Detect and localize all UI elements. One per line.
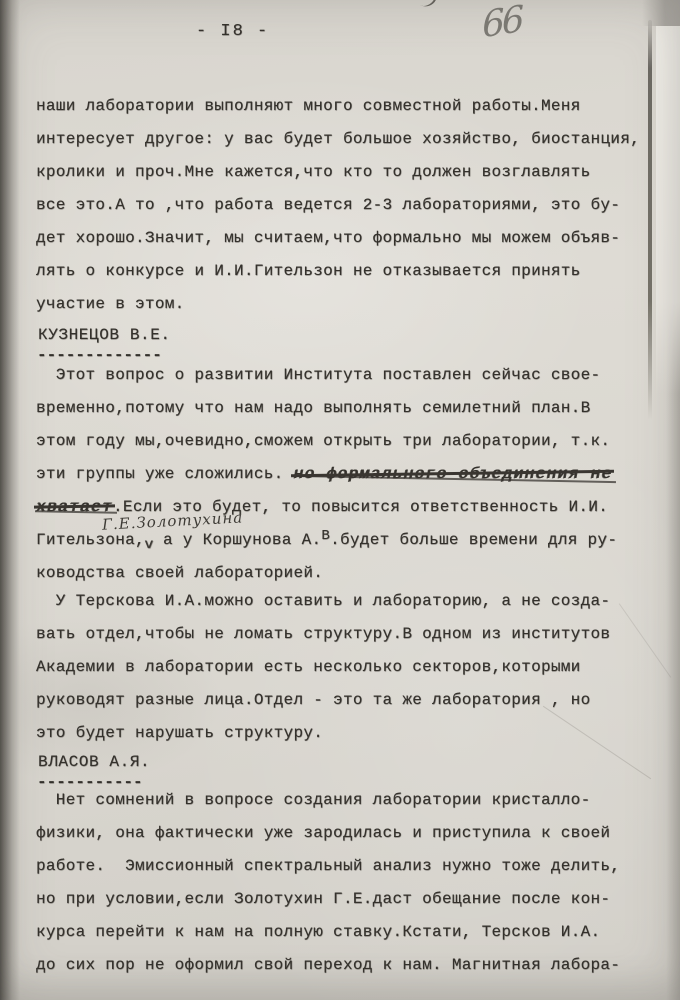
paper-crease: [619, 603, 671, 677]
kuznetsov-paragraph: Этот вопрос о развитии Института поставл…: [36, 359, 617, 590]
text-segment: .будет больше времени для ру-: [330, 531, 617, 549]
insertion-caret: ∨: [143, 528, 154, 561]
adjacent-page-edge: [656, 26, 680, 394]
text-line: вать отдел,чтобы не ломать структуру.В о…: [36, 618, 610, 651]
text-line: курса перейти к нам на полную ставку.Кст…: [36, 916, 620, 949]
top-right-corner-shade: [642, 0, 680, 26]
text-segment: эти группы уже сложились.: [36, 465, 293, 483]
text-line: лять о конкурсе и И.И.Гительзон не отказ…: [36, 255, 640, 288]
text-line: работе. Эмиссионный спектральный анализ …: [36, 850, 620, 883]
text-line: наши лаборатории выполняют много совмест…: [36, 90, 640, 123]
text-line: интересует другое: у вас будет большое х…: [36, 123, 640, 156]
scanned-document-page: - I8 - 66 наши лаборатории выполняют мно…: [0, 0, 680, 1000]
text-line: участие в этом.: [36, 288, 640, 321]
page-gutter-line: [648, 20, 652, 420]
text-line: руководят разные лица.Отдел - это та же …: [36, 684, 610, 717]
text-line: но при условии,если Золотухин Г.Е.даст о…: [36, 883, 620, 916]
struck-out-text: но формального объединения не: [293, 458, 612, 491]
text-line: все это.А то ,что работа ведется 2-3 лаб…: [36, 189, 640, 222]
handwritten-page-number: 66: [482, 0, 523, 46]
vlasov-paragraph: Нет сомнений в вопросе создания лаборато…: [36, 784, 620, 982]
text-line-with-strikeout: эти группы уже сложились. но формального…: [36, 458, 617, 491]
text-line: Нет сомнений в вопросе создания лаборато…: [36, 784, 620, 817]
text-line: до сих пор не оформил свой переход к нам…: [36, 949, 620, 982]
text-line: Академии в лаборатории есть несколько се…: [36, 651, 610, 684]
page-left-edge-shadow: [0, 0, 20, 1000]
text-line: физики, она фактически уже зародилась и …: [36, 817, 620, 850]
speaker-heading-vlasov: ВЛАСОВ А.Я.: [38, 753, 150, 771]
intro-paragraph: наши лаборатории выполняют много совмест…: [36, 90, 640, 321]
text-line: это будет нарушать структуру.: [36, 717, 610, 750]
ink-mark: [418, 0, 436, 11]
text-line: кролики и проч.Мне кажется,что кто то до…: [36, 156, 640, 189]
text-line: Этот вопрос о развитии Института поставл…: [36, 359, 617, 392]
text-line: временно,потому что нам надо выполнять с…: [36, 392, 617, 425]
raised-letter: В: [321, 528, 330, 544]
speaker-heading-kuznetsov: КУЗНЕЦОВ В.Е.: [38, 326, 171, 344]
text-line: У Терскова И.А.можно оставить и лаборато…: [36, 585, 610, 618]
page-number: - I8 -: [196, 22, 269, 41]
text-segment: Гительзона,: [36, 531, 145, 549]
text-segment: а у Коршунова А.: [153, 531, 321, 549]
text-line: этом году мы,очевидно,сможем открыть три…: [36, 425, 617, 458]
text-line: дет хорошо.Значит, мы считаем,что формал…: [36, 222, 640, 255]
terskov-paragraph: У Терскова И.А.можно оставить и лаборато…: [36, 585, 610, 750]
